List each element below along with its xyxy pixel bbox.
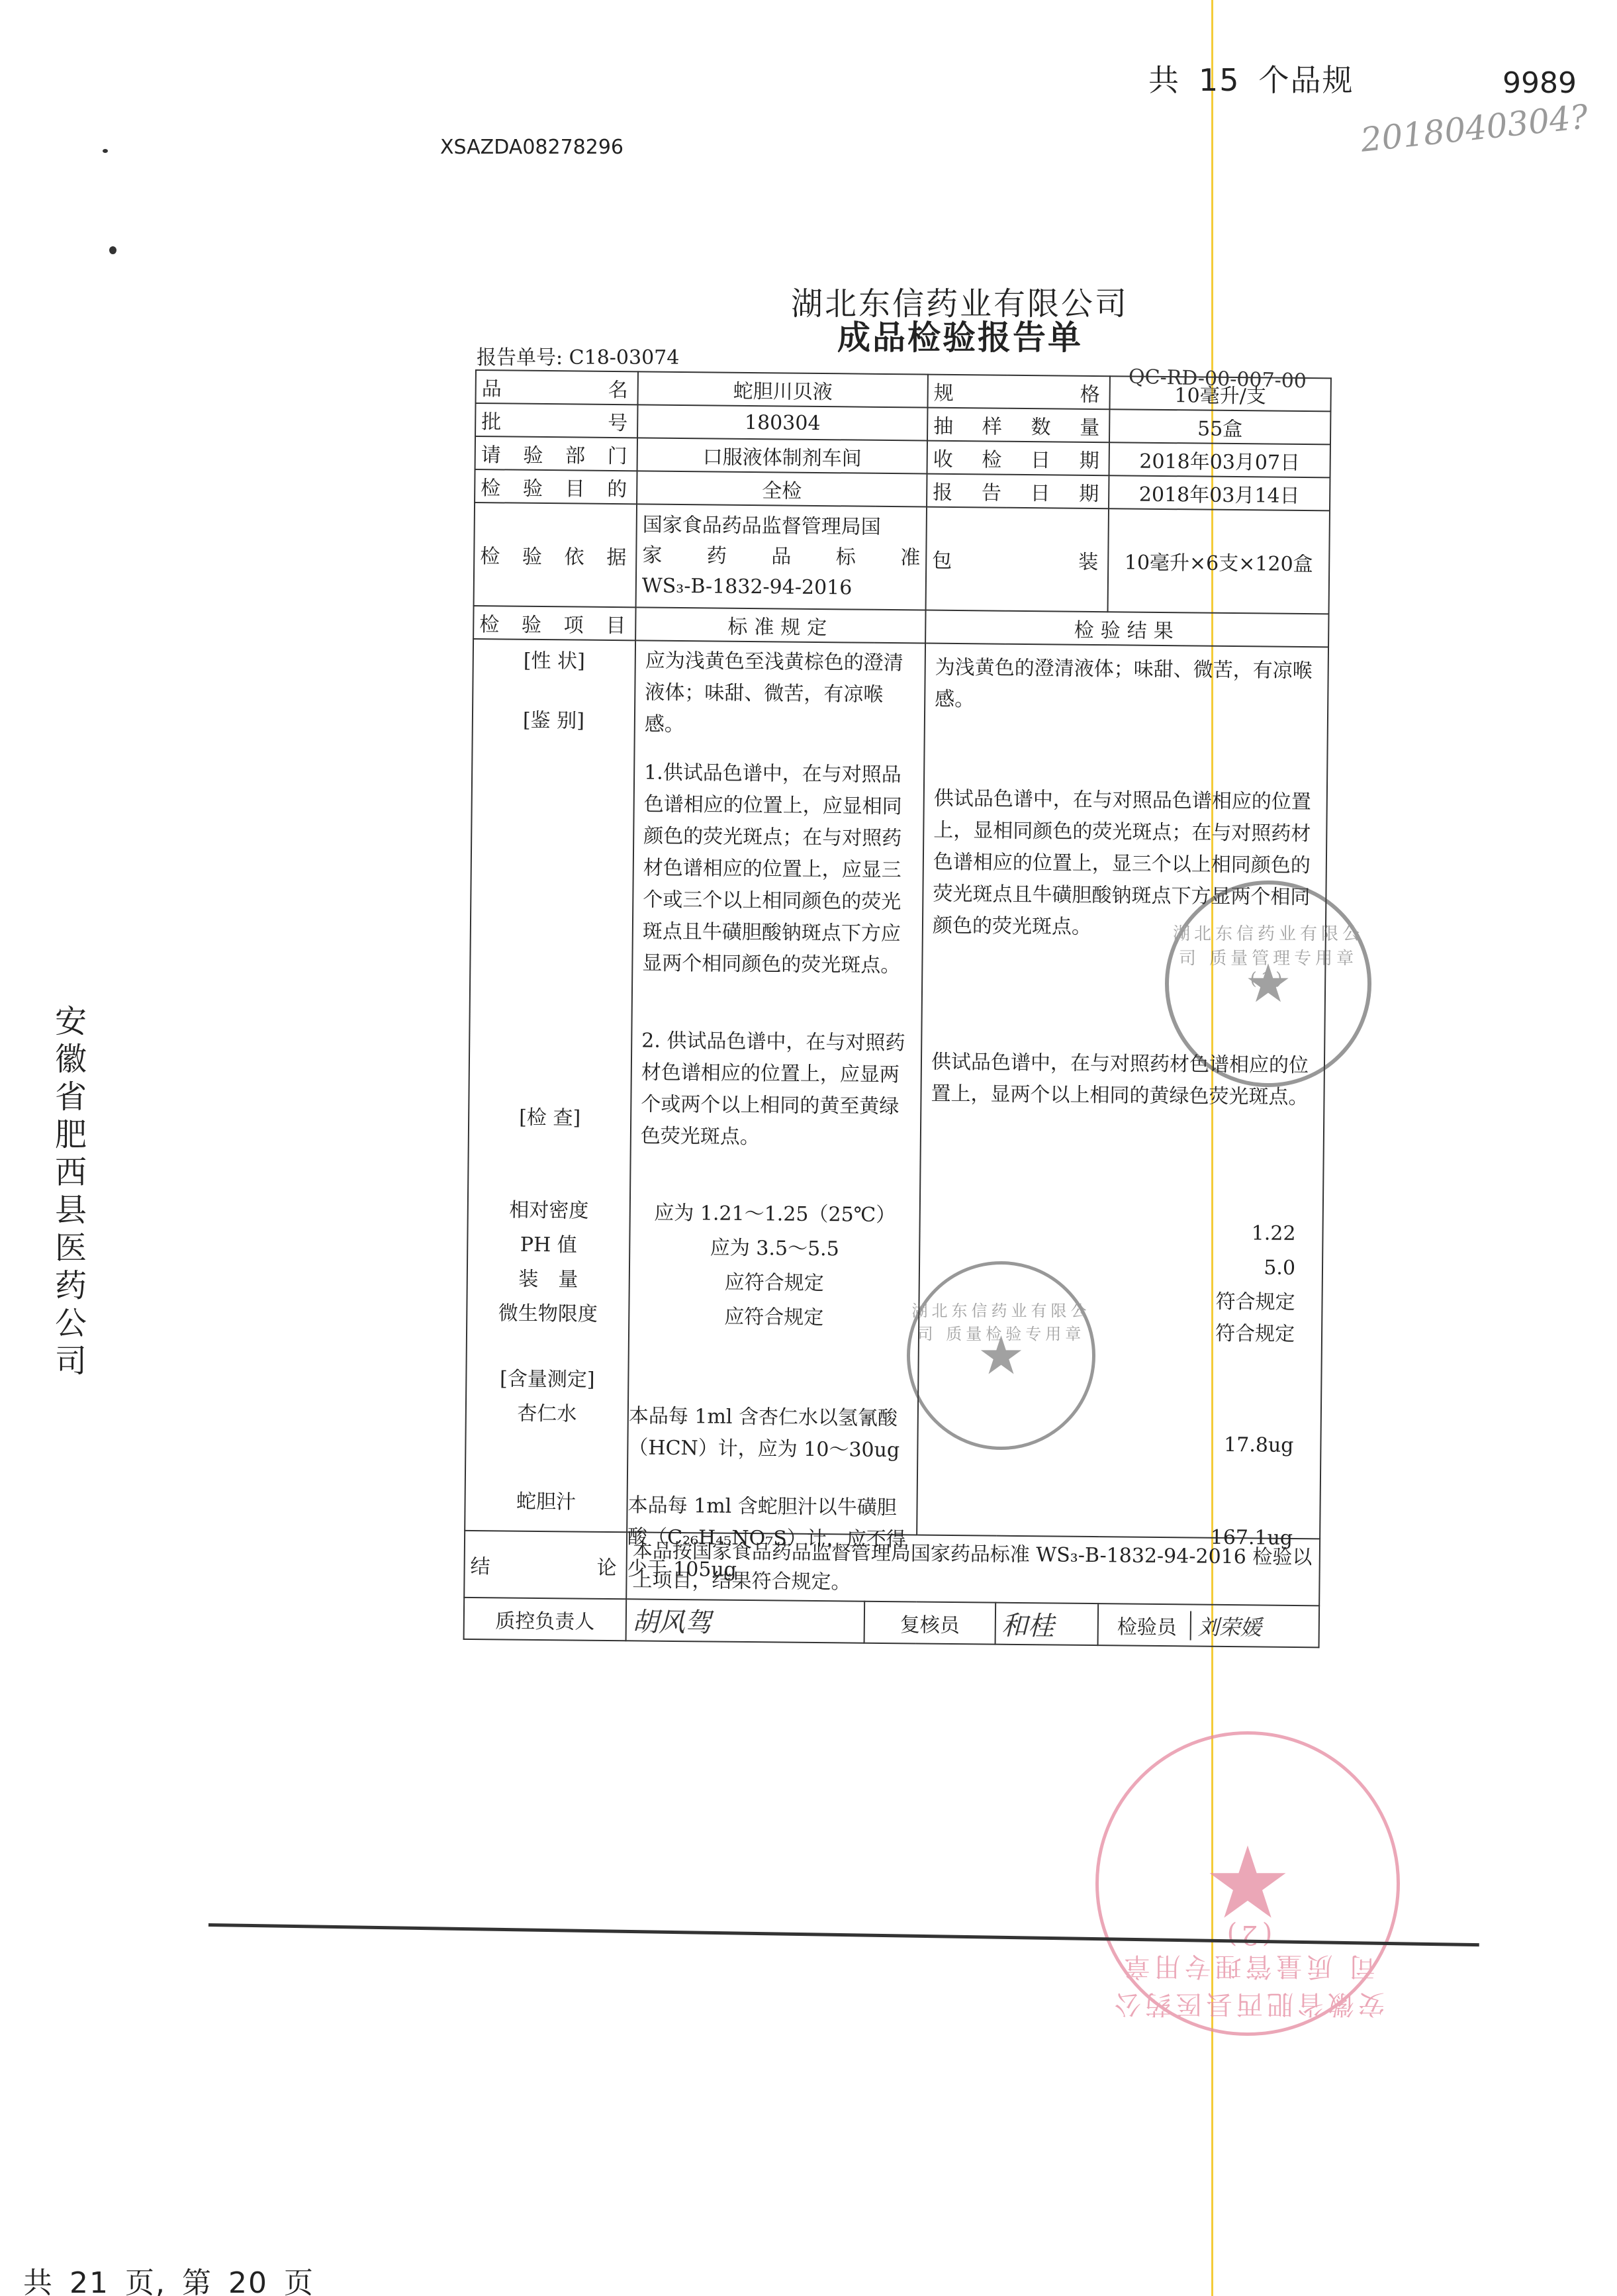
star-icon: ★ <box>1244 957 1292 1010</box>
star-icon: ★ <box>978 1329 1025 1382</box>
scan-speck <box>103 149 108 153</box>
identification-standard-1: 1.供试品色谱中，在与对照品色谱相应的位置上，应显相同颜色的荧光斑点；在与对照药… <box>642 757 914 982</box>
item-column: [性 状] [鉴 别] [检 查] 相对密度 PH 值 装 量 微生物限度 [含… <box>465 639 635 1532</box>
batch-value: 180304 <box>637 405 927 440</box>
row-details: [性 状] [鉴 别] [检 查] 相对密度 PH 值 装 量 微生物限度 [含… <box>465 639 1328 1539</box>
basis-label: 检验依据 <box>474 502 637 607</box>
dept-label: 请验部门 <box>475 436 637 471</box>
inspection-item-microbial: 微生物限度 <box>467 1299 628 1329</box>
spec-label: 规 格 <box>927 375 1109 410</box>
microbial-standard: 应符合规定 <box>639 1299 909 1336</box>
ph-standard: 应为 3.5～5.5 <box>639 1230 909 1267</box>
density-result: 1.22 <box>929 1214 1295 1251</box>
received-date-label: 收检日期 <box>927 441 1109 476</box>
inspector-cell: 检验员刘荣媛 <box>1098 1603 1320 1647</box>
purpose-label: 检验目的 <box>475 469 637 504</box>
sample-qty-value: 55盒 <box>1109 409 1330 444</box>
quality-stamp-1: 湖北东信药业有限公司 质量管理专用章 (1) ★ <box>1165 881 1371 1087</box>
reviewer-signature: 和桂 <box>995 1603 1099 1645</box>
spec-value: 10毫升/支 <box>1109 376 1330 411</box>
assay-item-almond-water: 杏仁水 <box>467 1399 627 1429</box>
report-number-label: 报告单号: <box>477 346 563 369</box>
row-basis: 检验依据 国家食品药品监督管理局国 家 药 品 标 准 WS₃-B-1832-9… <box>474 502 1330 614</box>
page-indicator: 共21页,第20页 <box>23 2259 330 2296</box>
product-name: 蛇胆川贝液 <box>637 371 927 407</box>
appearance-standard: 应为浅黄色至浅黄棕色的澄清液体；味甜、微苦，有凉喉感。 <box>645 645 915 743</box>
footer-total-suffix: 页, <box>125 2266 166 2296</box>
appearance-result: 为浅黄色的澄清液体；味甜、微苦，有凉喉感。 <box>935 652 1318 720</box>
purpose-value: 全检 <box>637 471 927 506</box>
col-header-item: 检验项目 <box>473 606 635 640</box>
received-date-value: 2018年03月07日 <box>1109 442 1330 477</box>
row-signatures: 质控负责人 胡风驾 复核员 和桂 检验员刘荣媛 <box>464 1598 1320 1647</box>
report-title: 成品检验报告单 <box>837 311 1083 359</box>
inspection-item-volume: 装 量 <box>468 1265 629 1295</box>
scan-speck <box>109 246 116 254</box>
qc-manager-label: 质控负责人 <box>464 1598 627 1641</box>
quality-stamp-2: 湖北东信药业有限公司 质量检验专用章 ★ <box>907 1261 1095 1450</box>
package-value: 10毫升×6支×120盒 <box>1108 508 1330 614</box>
footer-total-prefix: 共 <box>23 2266 54 2296</box>
reviewer-label-text: 复核员 <box>870 1607 990 1638</box>
report-number: 报告单号: C18-03074 <box>477 341 679 370</box>
qc-manager-signature: 胡风驾 <box>626 1599 865 1643</box>
batch-label: 批 号 <box>475 403 637 438</box>
star-icon: ★ <box>1203 1834 1292 1933</box>
inspector-signature: 刘荣媛 <box>1198 1614 1262 1640</box>
count-suffix: 个品规 <box>1259 62 1354 98</box>
section-identification-label: [鉴 别] <box>473 706 634 736</box>
handwritten-number: 2018040304? <box>1359 97 1590 160</box>
density-standard: 应为 1.21～1.25（25℃） <box>640 1196 910 1233</box>
basis-line-2: 家 药 品 标 准 <box>642 540 920 573</box>
report-date-value: 2018年03月14日 <box>1109 475 1330 510</box>
standard-column: 应为浅黄色至浅黄棕色的澄清液体；味甜、微苦，有凉喉感。 1.供试品色谱中，在与对… <box>627 640 925 1535</box>
document-id: XSAZDA08278296 <box>440 136 624 159</box>
side-company-label: 安徽省肥西县医药公司 <box>48 1003 94 1380</box>
basis-line-3: WS₃-B-1832-94-2016 <box>642 571 920 604</box>
volume-standard: 应符合规定 <box>639 1265 909 1302</box>
assay-item-snake-bile: 蛇胆汁 <box>465 1487 626 1517</box>
receiver-stamp: 安徽省肥西县医药公司 质量管理专用章 (2) ★ <box>1095 1731 1400 2036</box>
inspection-item-ph: PH 值 <box>468 1230 629 1261</box>
footer-current-suffix: 页 <box>284 2266 314 2296</box>
snake-bile-result: 167.1ug <box>927 1518 1293 1556</box>
report-number-value: C18-03074 <box>569 346 680 369</box>
count-value: 15 <box>1199 62 1240 98</box>
section-assay-label: [含量测定] <box>467 1364 627 1395</box>
col-header-result: 检验结果 <box>925 610 1328 647</box>
snake-bile-standard: 本品每 1ml 含蛇胆汁以牛磺胆酸（C₂₆H₄₅NO₇S）计，应不得少于 105… <box>627 1490 907 1588</box>
almond-water-standard: 本品每 1ml 含杏仁水以氢氰酸（HCN）计，应为 10～30ug <box>628 1400 908 1466</box>
footer-current-page: 20 <box>228 2266 268 2296</box>
report-date-label: 报告日期 <box>927 474 1109 509</box>
identification-standard-2: 2. 供试品色谱中，在与对照药材色谱相应的位置上，应显两个或两个以上相同的黄至黄… <box>641 1025 912 1155</box>
section-inspection-label: [检 查] <box>469 1103 630 1133</box>
header-code: 9989 <box>1502 66 1577 100</box>
section-appearance-label: [性 状] <box>474 646 635 677</box>
inspection-item-density: 相对密度 <box>469 1196 629 1226</box>
basis-line-1: 国家食品药品监督管理局国 <box>643 510 921 543</box>
conclusion-label: 结 论 <box>464 1531 627 1599</box>
basis-value: 国家食品药品监督管理局国 家 药 品 标 准 WS₃-B-1832-94-201… <box>636 504 927 610</box>
product-name-label: 品 名 <box>476 370 638 405</box>
sample-qty-label: 抽样数量 <box>927 408 1109 443</box>
footer-total-pages: 21 <box>69 2266 109 2296</box>
product-count: 共15个品规 <box>1148 56 1354 100</box>
reviewer-label: 复核员 <box>864 1602 996 1645</box>
dept-value: 口服液体制剂车间 <box>637 438 927 473</box>
inspector-label: 检验员 <box>1104 1610 1191 1640</box>
package-label: 包 装 <box>926 507 1109 612</box>
footer-current-prefix: 第 <box>182 2266 212 2296</box>
count-prefix: 共 <box>1148 62 1180 98</box>
col-header-standard: 标准规定 <box>635 607 925 643</box>
